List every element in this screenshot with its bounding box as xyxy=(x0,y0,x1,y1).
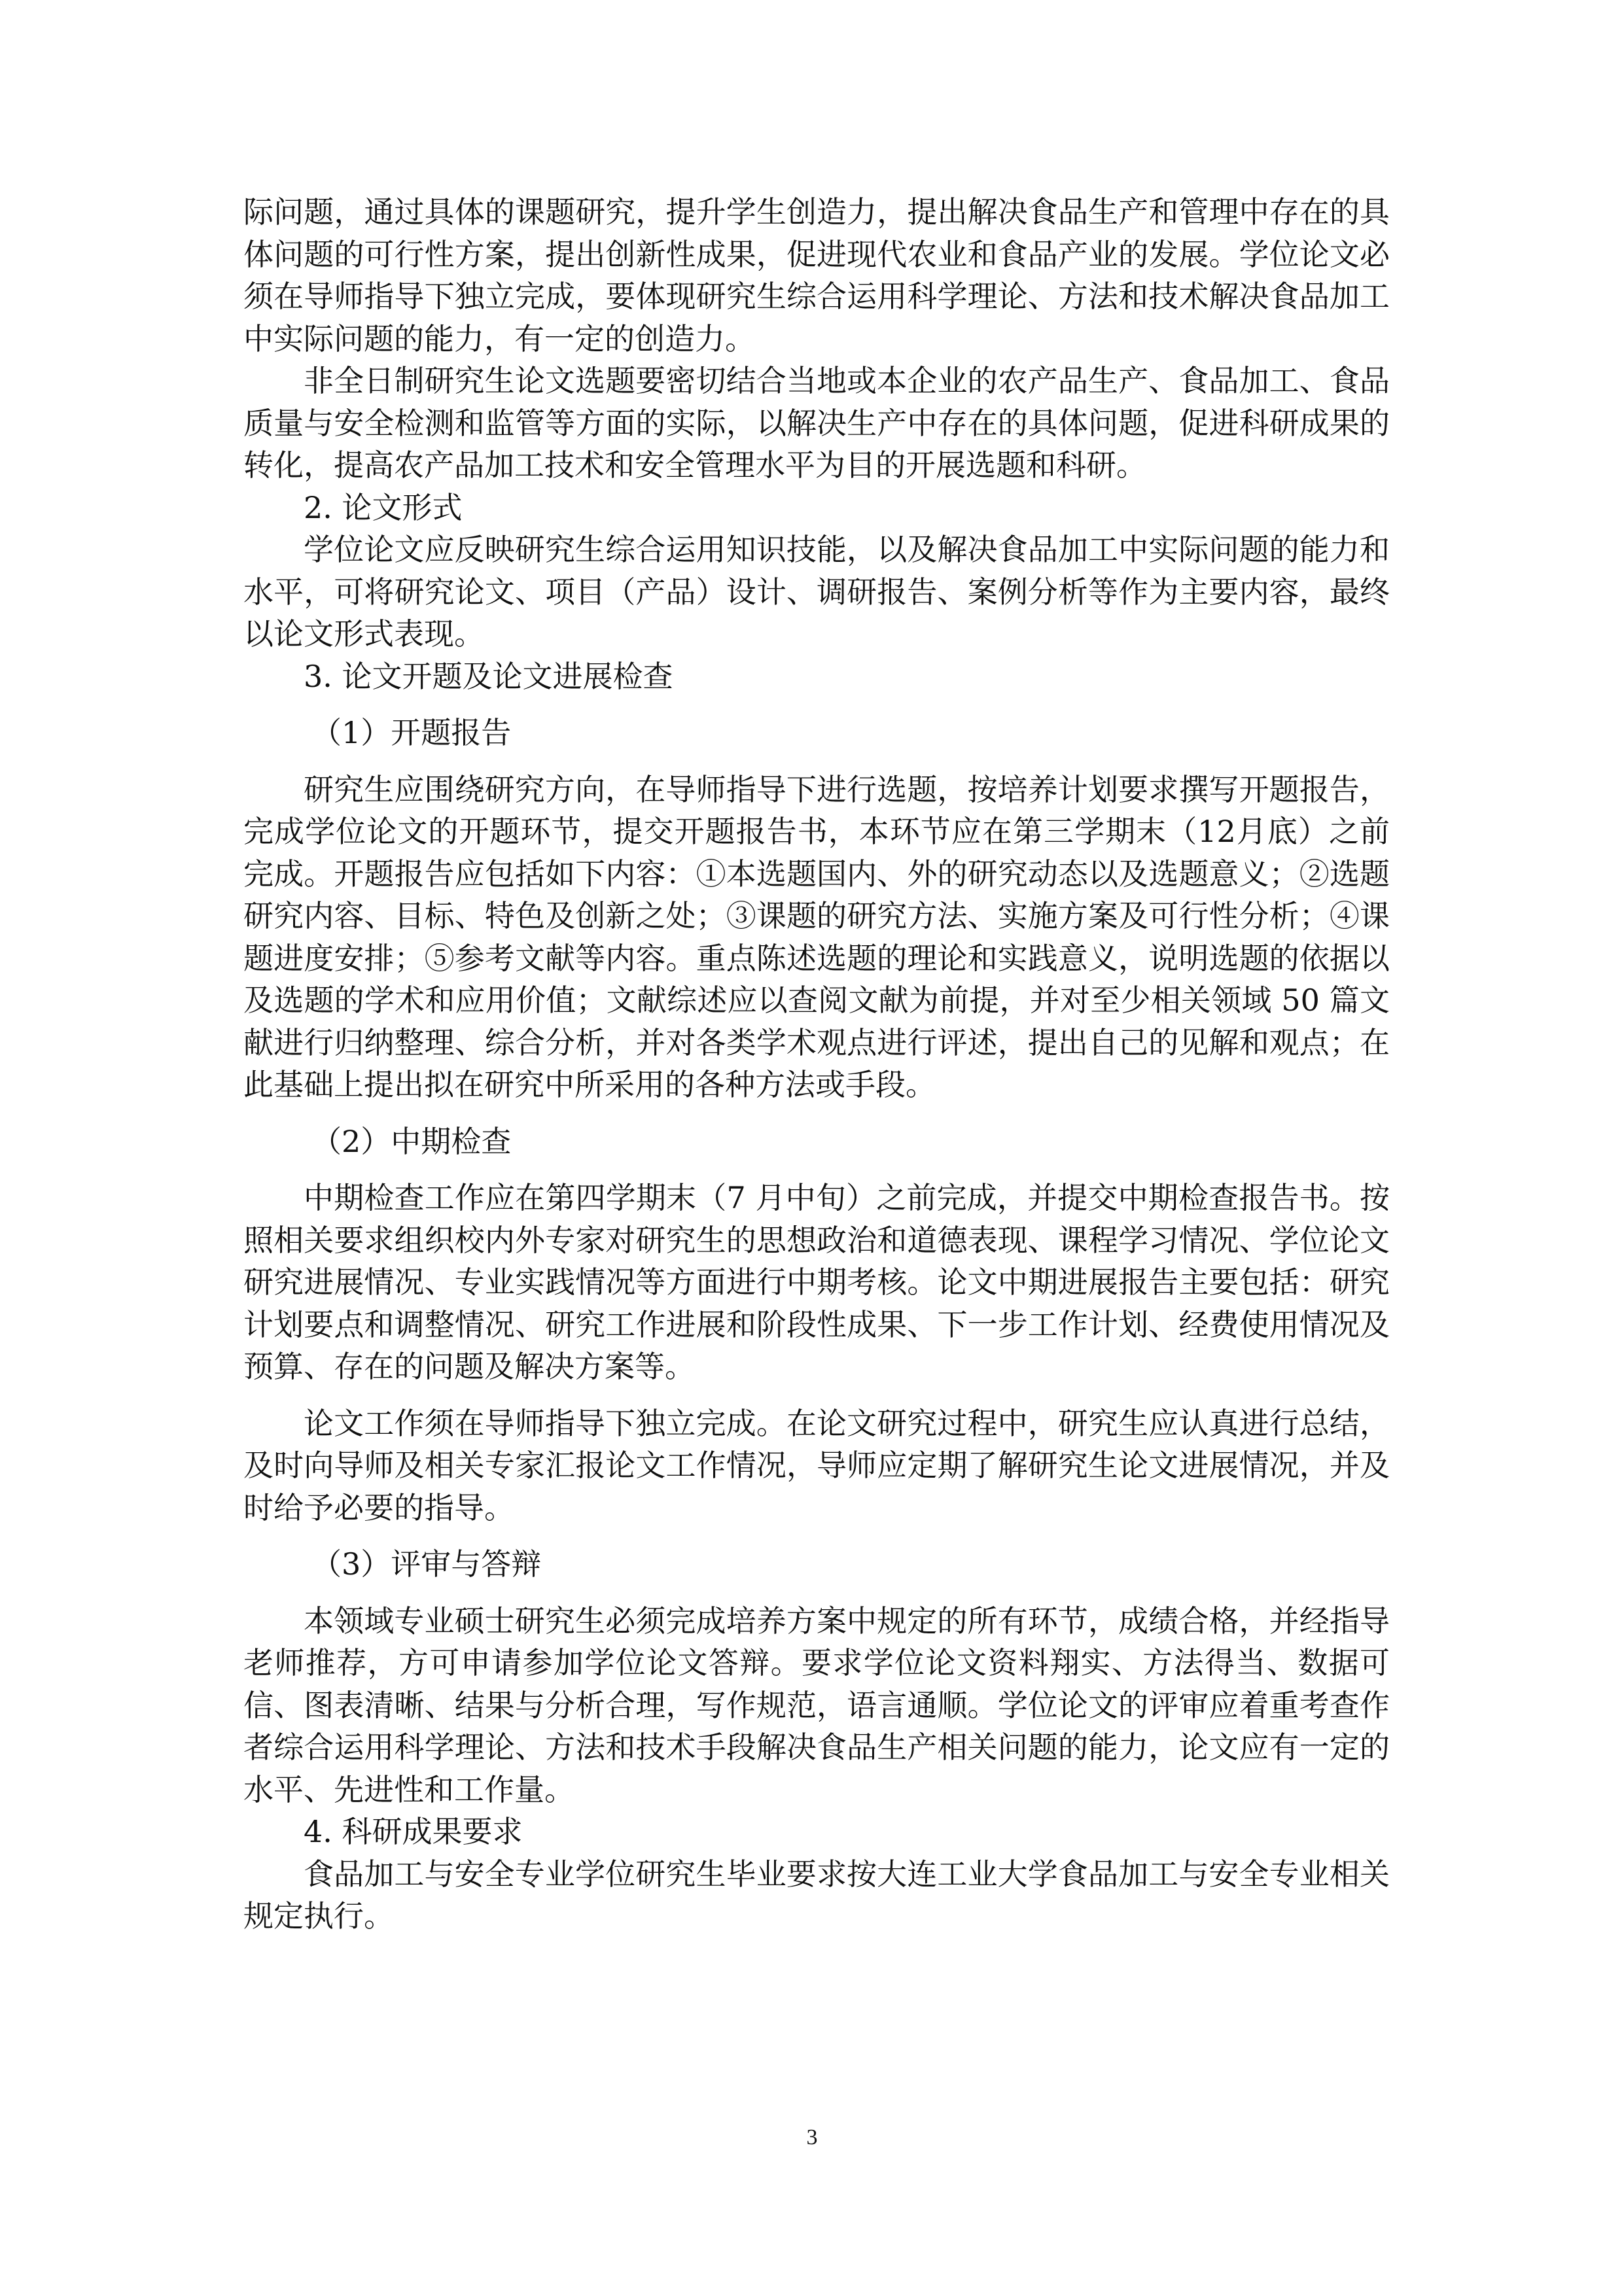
paragraph-part-time-topic-selection: 非全日制研究生论文选题要密切结合当地或本企业的农产品生产、食品加工、食品质量与安… xyxy=(243,360,1390,487)
paragraph-thesis-requirements-continued: 际问题，通过具体的课题研究，提升学生创造力，提出解决食品生产和管理中存在的具体问… xyxy=(243,191,1390,360)
paragraph-review-and-defense: 本领域专业硕士研究生必须完成培养方案中规定的所有环节，成绩合格，并经指导老师推荐… xyxy=(243,1600,1390,1811)
paragraph-proposal-report: 研究生应围绕研究方向，在导师指导下进行选题，按培养计划要求撰写开题报告，完成学位… xyxy=(243,769,1390,1106)
section-heading-research-output: 4. 科研成果要求 xyxy=(243,1811,1390,1853)
subsection-heading-proposal-report: （1）开题报告 xyxy=(243,712,1390,754)
paragraph-research-output: 食品加工与安全专业学位研究生毕业要求按大连工业大学食品加工与安全专业相关规定执行… xyxy=(243,1853,1390,1938)
paragraph-thesis-form: 学位论文应反映研究生综合运用知识技能，以及解决食品加工中实际问题的能力和水平，可… xyxy=(243,529,1390,655)
paragraph-midterm-check: 中期检查工作应在第四学期末（7 月中旬）之前完成，并提交中期检查报告书。按照相关… xyxy=(243,1177,1390,1388)
paragraph-independent-work: 论文工作须在导师指导下独立完成。在论文研究过程中，研究生应认真进行总结，及时向导… xyxy=(243,1402,1390,1529)
subsection-heading-review-and-defense: （3）评审与答辩 xyxy=(243,1543,1390,1586)
page-number: 3 xyxy=(0,2125,1624,2150)
subsection-heading-midterm-check: （2）中期检查 xyxy=(243,1121,1390,1163)
document-page: 际问题，通过具体的课题研究，提升学生创造力，提出解决食品生产和管理中存在的具体问… xyxy=(243,191,1390,1938)
section-heading-thesis-form: 2. 论文形式 xyxy=(243,487,1390,529)
section-heading-proposal-and-progress: 3. 论文开题及论文进展检查 xyxy=(243,655,1390,698)
